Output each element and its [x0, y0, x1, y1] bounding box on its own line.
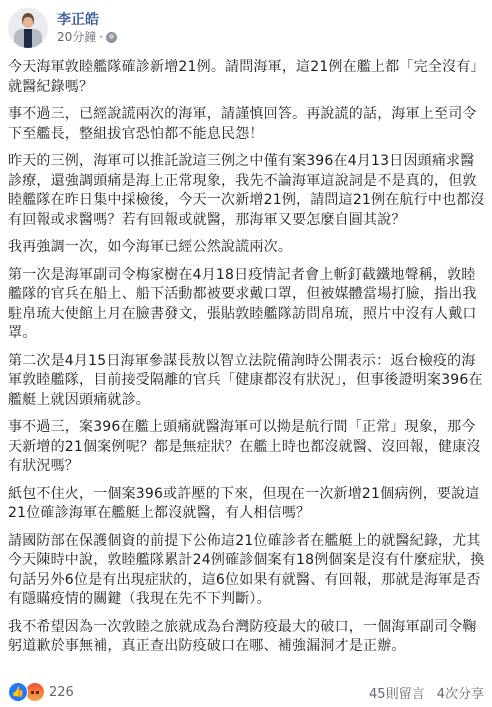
reactions-summary[interactable]: 👍 226: [8, 682, 74, 702]
timestamp[interactable]: 20分鐘: [57, 29, 96, 45]
paragraph-4: 我再強調一次，如今海軍已經公然說謊兩次。: [8, 238, 486, 258]
paragraph-3: 昨天的三例，海軍可以推託說這三例之中僅有案396在4月13日因頭痛求醫診療，還強…: [8, 152, 486, 230]
paragraph-6: 第二次是4月15日海軍參謀長敖以智立法院備詢時公開表示：返台檢疫的海軍敦睦艦隊，…: [8, 352, 486, 411]
paragraph-2: 事不過三，已經說謊兩次的海軍，請謹慎回答。再說謊的話，海軍上至司令下至艦長，整組…: [8, 105, 486, 144]
comments-count-link[interactable]: 45則留言: [369, 687, 425, 702]
avatar-shirt: [24, 29, 32, 48]
post-stats: 45則留言 4次分享: [369, 683, 484, 702]
post-body: 今天海軍敦睦艦隊確診新增21例。請問海軍，這21例在艦上都「完全沒有」就醫紀錄嗎…: [8, 58, 486, 665]
paragraph-1: 今天海軍敦睦艦隊確診新增21例。請問海軍，這21例在艦上都「完全沒有」就醫紀錄嗎…: [8, 58, 486, 97]
paragraph-7: 事不過三，案396在艦上頭痛就醫海軍可以拗是航行間「正常」現象，那今天新增的21…: [8, 418, 486, 477]
paragraph-10: 我不希望因為一次敦睦之旅就成為台灣防疫最大的破口，一個海軍副司令鞠躬道歉於事無補…: [8, 618, 486, 657]
angry-reaction-icon: [25, 682, 45, 702]
avatar[interactable]: [8, 8, 48, 48]
globe-icon[interactable]: [106, 32, 117, 43]
facebook-post: 李正皓 20分鐘 · 今天海軍敦睦艦隊確診新增21例。請問海軍，這21例在艦上都…: [0, 0, 492, 707]
reaction-count: 226: [49, 685, 74, 700]
post-timeline: 20分鐘 ·: [57, 29, 117, 45]
post-header: 李正皓 20分鐘 ·: [8, 6, 117, 50]
avatar-face: [23, 17, 33, 28]
post-footer: 👍 226 45則留言 4次分享: [8, 682, 484, 702]
shares-count-link[interactable]: 4次分享: [437, 687, 484, 702]
author-name[interactable]: 李正皓: [57, 11, 117, 29]
paragraph-9: 請國防部在保護個資的前提下公佈這21位確診者在艦艇上的就醫紀錄，尤其今天陳時中說…: [8, 532, 486, 610]
separator: ·: [99, 29, 103, 45]
like-reaction-icon: 👍: [8, 682, 28, 702]
post-meta: 李正皓 20分鐘 ·: [57, 11, 117, 45]
paragraph-8: 紙包不住火，一個案396或許壓的下來，但現在一次新增21個病例，要說這21位確診…: [8, 485, 486, 524]
paragraph-5: 第一次是海軍副司令梅家樹在4月18日疫情記者會上斬釘截鐵地聲稱，敦睦艦隊的官兵在…: [8, 266, 486, 344]
